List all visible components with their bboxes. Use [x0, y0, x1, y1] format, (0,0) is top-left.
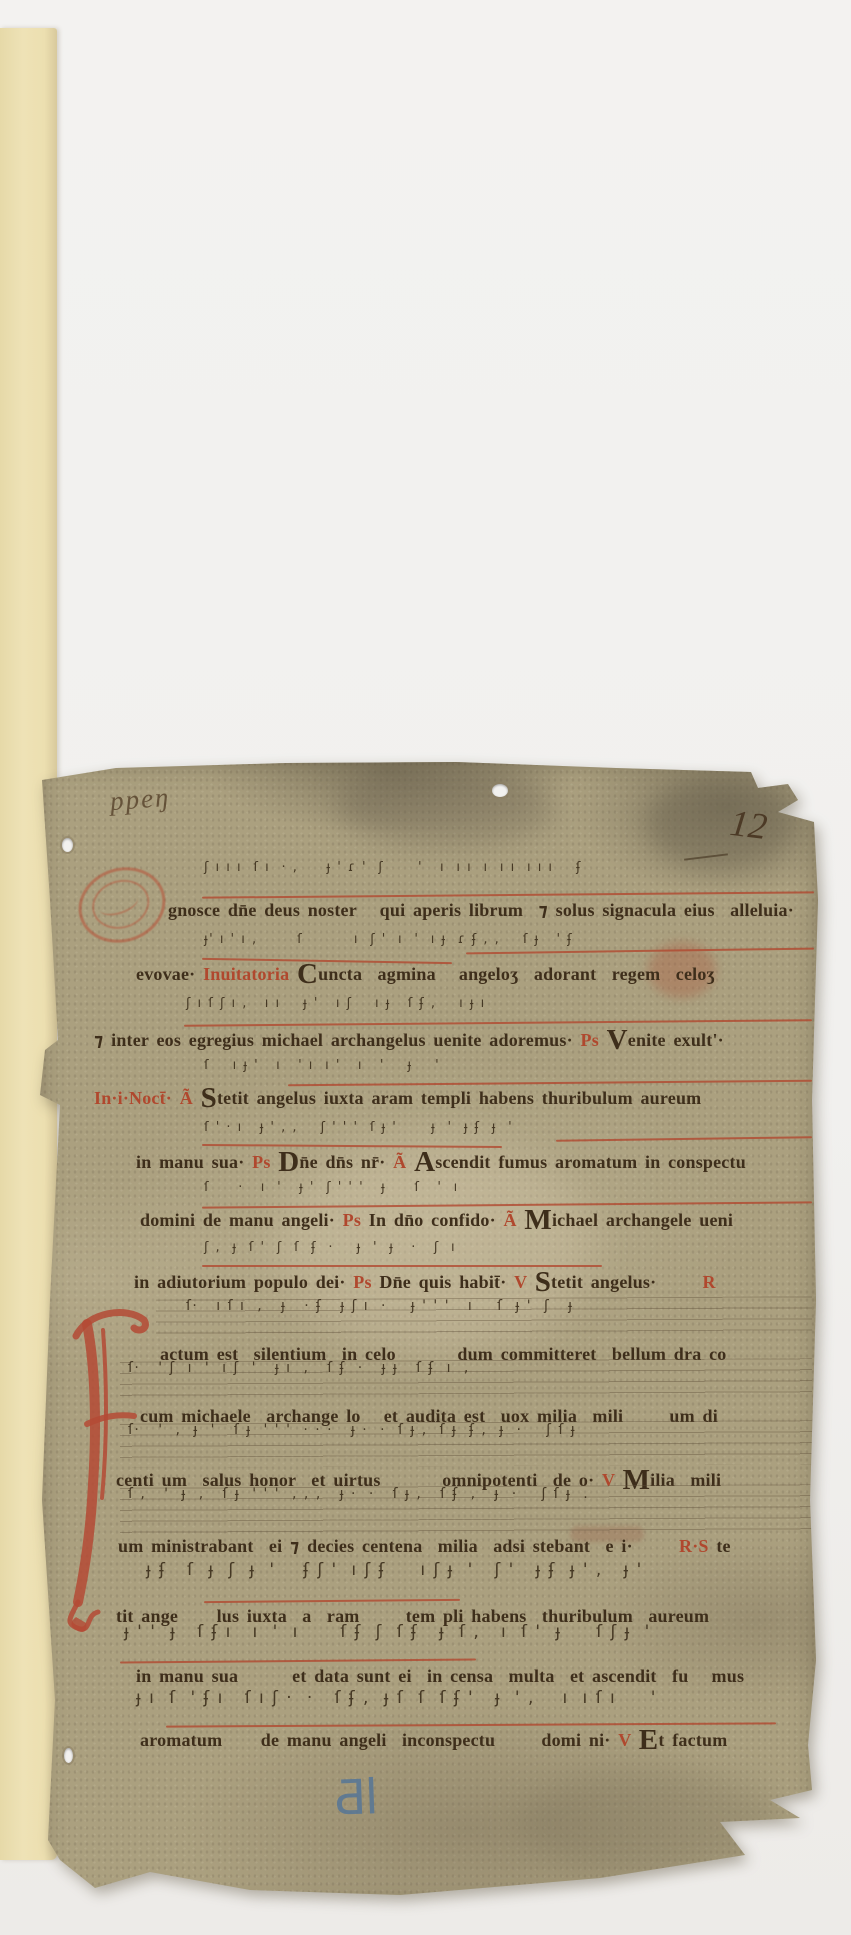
body-text: te — [709, 1536, 731, 1556]
body-text: evovae· — [136, 964, 203, 984]
body-text: uncta agmina angeloʒ adorant regem celoʒ — [318, 964, 715, 984]
parchment-leaf: ppeŋ 12 ʃ ı ı ı ſ ı · , — [36, 760, 820, 1910]
neume-row: ſ · ı ' ɟ ' ʃ ' ' ' ɟ ſ ' ı — [204, 1180, 459, 1195]
chant-text: in manu sua· Ps Dn̄e dn̄s nr̄· Ã Ascendi… — [136, 1152, 746, 1173]
body-text: ichael archangele ueni — [552, 1210, 733, 1230]
body-text: n̄e dn̄s nr̄· — [299, 1152, 393, 1172]
chant-line-13: ɟ ' ' ɟ ſ ʄ ı ı ' ı ſ ʄ ʃ ſ ʄ ɟ ſ , ı ſ … — [36, 1622, 820, 1694]
body-text: tetit angelus iuxta aram templi habens t… — [217, 1088, 701, 1108]
rubric-text: V — [618, 1730, 639, 1750]
rubric-text: Ps — [353, 1272, 379, 1292]
body-text: scendit fumus aromatum in conspectu — [435, 1152, 746, 1172]
parchment-hole-top — [492, 784, 508, 797]
red-staff-line — [466, 948, 814, 955]
parchment-hole-left — [62, 838, 73, 852]
chant-line-10: ſ· ' , ɟ ' ſ ɟ ' ' ' · · · ɟ · · ſ ɟ , ſ… — [36, 1422, 820, 1494]
red-staff-line — [120, 1658, 476, 1663]
body-text: Dn̄e quis habit̄· — [379, 1272, 514, 1292]
neume-row: ſ· ' , ɟ ' ſ ɟ ' ' ' · · · ɟ · · ſ ɟ , ſ… — [128, 1422, 576, 1438]
chant-line-2: ɟ' ı ' ı , ſ ı ʃ ' ı ' ı ɟ ɾ ʄ , , ſ ɟ '… — [36, 932, 820, 1004]
rubric-text: Ps — [343, 1210, 369, 1230]
chant-text: in adiutorium populo dei· Ps Dn̄e quis h… — [134, 1272, 716, 1293]
body-text: in manu sua· — [136, 1152, 252, 1172]
body-text: enite exult'· — [628, 1030, 724, 1050]
red-staff-line — [204, 1599, 460, 1603]
stain-bottom — [516, 1770, 786, 1875]
initial-letter: E — [639, 1724, 659, 1756]
rubric-text: Ã — [393, 1152, 414, 1172]
neume-row: ɟ' ı ' ı , ſ ı ʃ ' ı ' ı ɟ ɾ ʄ , , ſ ɟ '… — [204, 932, 573, 947]
neume-row: ʃ ı ı ı ſ ı · , ɟ ' ɾ ' ʃ ' ı ı ı ı ı ı … — [204, 860, 582, 875]
body-text: um ministrabant ei ⁊ decies centena mili… — [118, 1536, 679, 1556]
neume-row: ſ ı ɟ ' ı ' ı ı ' ı ' ɟ ' — [204, 1058, 440, 1073]
chant-text: um ministrabant ei ⁊ decies centena mili… — [118, 1536, 731, 1557]
neume-row: ʃ , ɟ ſ ' ʃ ſ ʄ · ɟ ' ɟ · ʃ ı — [204, 1240, 456, 1255]
stain-top-center — [336, 766, 556, 846]
chant-text: In·i·Noct̄· Ã Stetit angelus iuxta aram … — [94, 1088, 701, 1109]
neume-row: ſ , ' ɟ , ſ ɟ ' ' ' , , , ɟ · · ſ ɟ , ſ … — [128, 1486, 589, 1502]
body-text: gnosce dn̄e deus noster qui aperis libru… — [168, 900, 794, 920]
red-staff-line — [202, 1144, 502, 1148]
chant-text: aromatum de manu angeli inconspectu domi… — [140, 1730, 727, 1751]
rubric-text: Ps — [252, 1152, 278, 1172]
top-left-inscription: ppeŋ — [109, 782, 171, 817]
initial-letter: M — [524, 1204, 552, 1236]
red-staff-line — [288, 1080, 812, 1087]
rubric-text: R·S — [679, 1536, 709, 1556]
body-text: ⁊ inter eos egregius michael archangelus… — [94, 1030, 581, 1050]
neume-row: ʃ ı ſ ʃ ı , ı ı ɟ ' ı ʃ ı ɟ ſ ʄ , ı ɟ ı — [186, 996, 486, 1011]
body-text: in manu sua et data sunt ei in censa mul… — [136, 1666, 744, 1686]
chant-text: gnosce dn̄e deus noster qui aperis libru… — [168, 900, 794, 921]
chant-line-1: ʃ ı ı ı ſ ı · , ɟ ' ɾ ' ʃ ' ı ı ı ı ı ı … — [36, 860, 820, 932]
neume-row: ſ· ı ſ ı , ɟ · ʄ ɟ ʃ ı · ɟ ' ' ' ı ſ ɟ '… — [186, 1298, 573, 1314]
rubric-text: Ã — [504, 1210, 525, 1230]
body-text: domini de manu angeli· — [140, 1210, 343, 1230]
initial-letter: S — [535, 1266, 551, 1298]
body-text: in adiutorium populo dei· — [134, 1272, 353, 1292]
neume-row: ɟ ' ' ɟ ſ ʄ ı ı ' ı ſ ʄ ʃ ſ ʄ ɟ ſ , ı ſ … — [124, 1622, 651, 1642]
blue-shelfmark: Ƌl — [331, 1769, 379, 1827]
red-staff-line — [184, 1019, 812, 1026]
stain-top-right — [646, 776, 796, 871]
body-text: In dn̄o confido· — [369, 1210, 504, 1230]
rubric-text: Inuitatoria — [203, 964, 297, 984]
chant-text: ⁊ inter eos egregius michael archangelus… — [94, 1030, 724, 1051]
body-text: tetit angelus· — [551, 1272, 656, 1292]
body-text: t factum — [658, 1730, 727, 1750]
folio-number: 12 — [728, 802, 770, 849]
chant-line-14: ɟ ı ſ ' ʄ ı ſ ı ʃ · · ſ ʄ , ɟ ſ ſ ſ ʄ ' … — [36, 1688, 820, 1760]
rubric-text: In·i·Noct̄· Ã — [94, 1088, 201, 1108]
rubric-text: R — [656, 1272, 715, 1292]
initial-letter: D — [278, 1146, 299, 1178]
neume-row: ɟ ı ſ ' ʄ ı ſ ı ʃ · · ſ ʄ , ɟ ſ ſ ſ ʄ ' … — [136, 1688, 657, 1708]
initial-letter: A — [414, 1146, 435, 1178]
red-staff-line — [202, 891, 814, 898]
neume-row: ɟ ʄ ſ ɟ ʃ ɟ ' ʄ ʃ ' ı ʃ ʄ ı ʃ ɟ ' ʃ ' ɟ … — [146, 1560, 643, 1580]
scan-background: ppeŋ 12 ʃ ı ı ı ſ ı · , — [0, 0, 851, 1935]
chant-line-11: ſ , ' ɟ , ſ ɟ ' ' ' , , , ɟ · · ſ ɟ , ſ … — [36, 1486, 820, 1558]
body-text: aromatum de manu angeli inconspectu domi… — [140, 1730, 618, 1750]
rubric-text: V — [514, 1272, 535, 1292]
initial-letter: C — [297, 958, 318, 990]
red-staff-line — [166, 1722, 776, 1727]
neume-row: ſ ' · ı ɟ ' , , ʃ ' ' ' ſ ɟ ' ɟ ' ɟ ʄ ɟ … — [204, 1120, 513, 1135]
red-staff-line — [202, 1201, 812, 1208]
chant-text: evovae· Inuitatoria Cuncta agmina angelo… — [136, 964, 715, 985]
parchment-leaf-wrap: ppeŋ 12 ʃ ı ı ı ſ ı · , — [36, 760, 820, 1910]
chant-text: domini de manu angeli· Ps In dn̄o confid… — [140, 1210, 733, 1231]
initial-letter: S — [201, 1082, 217, 1114]
chant-text: in manu sua et data sunt ei in censa mul… — [136, 1666, 744, 1687]
neume-row: ſ· ' ʃ ı ' ı ʃ ' ɟ ı , ſ ʄ · ɟ ɟ ſ ʄ ı , — [128, 1360, 470, 1376]
rubric-text: Ps — [581, 1030, 607, 1050]
red-staff-line — [556, 1136, 812, 1142]
initial-letter: V — [607, 1024, 628, 1056]
